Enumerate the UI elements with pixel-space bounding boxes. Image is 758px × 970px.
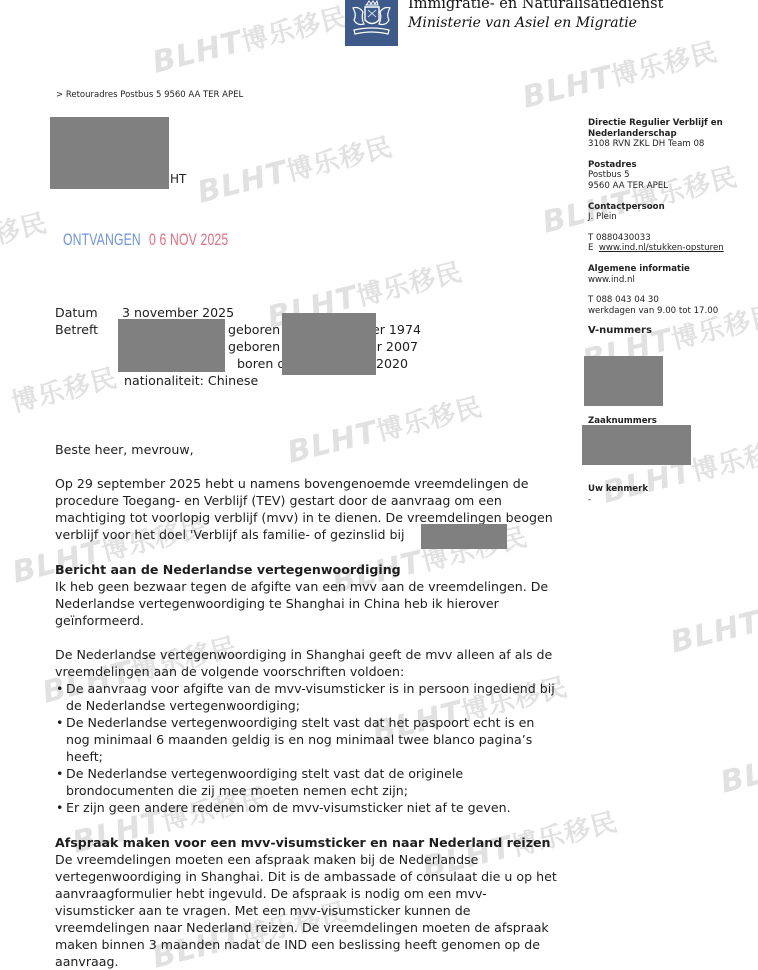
department-title: Directie Regulier Verblijf en Nederlande…	[588, 118, 753, 139]
watermark: BLHT博乐移民	[283, 386, 486, 470]
section-title: Bericht aan de Nederlandse vertegenwoord…	[55, 561, 548, 578]
general-website: www.ind.nl	[588, 275, 753, 286]
text-line: Ik heb geen bezwaar tegen de afgifte van…	[55, 578, 548, 595]
text-line: De Nederlandse vertegenwoordiging in Sha…	[55, 646, 555, 663]
postadres-title: Postadres	[588, 160, 753, 171]
department-code: 3108 RVN ZKL DH Team 08	[588, 139, 753, 150]
text-line: Op 29 september 2025 hebt u namens boven…	[55, 475, 553, 492]
general-info-title: Algemene informatie	[588, 264, 753, 275]
received-stamp-label: ONTVANGEN	[63, 230, 141, 250]
watermark: BLHT	[667, 604, 758, 660]
watermark: BLHT	[717, 744, 758, 800]
redacted-birthdates	[282, 313, 376, 375]
watermark: 博乐移民	[7, 357, 121, 419]
text-line: maken binnen 3 maanden nadat de IND een …	[55, 936, 557, 953]
organisation-name: Immigratie- en Naturalisatiedienst	[408, 0, 663, 12]
text-line: De Nederlandse vertegenwoordiging stelt …	[66, 765, 555, 782]
redacted-v-numbers	[584, 356, 663, 406]
watermark: BLHT博乐移民	[148, 0, 351, 81]
contact-name: J. Plein	[588, 212, 753, 223]
date-label: Datum	[55, 304, 98, 321]
upload-documents-link[interactable]: www.ind.nl/stukken-opsturen	[599, 243, 724, 253]
list-item: De Nederlandse vertegenwoordiging stelt …	[55, 714, 555, 765]
conditions-list: De aanvraag voor afgifte van de mvv-visu…	[55, 680, 555, 816]
redacted-names	[118, 319, 225, 372]
text-line: nog minimaal 6 maanden geldig is en nog …	[66, 731, 555, 748]
salutation: Beste heer, mevrouw,	[55, 441, 194, 458]
text-line: vertegenwoordiging in Shanghai. Dit is d…	[55, 868, 557, 885]
reference-title: Uw kenmerk	[588, 484, 753, 495]
section-embassy-notice: Bericht aan de Nederlandse vertegenwoord…	[55, 561, 548, 629]
reference-block: Uw kenmerk -	[588, 484, 753, 505]
section-appointment: Afspraak maken voor een mvv-visumsticker…	[55, 834, 557, 970]
postadres-line: 9560 AA TER APEL	[588, 181, 753, 192]
coat-of-arms-icon	[345, 0, 398, 46]
subject-line-mid: geboren	[228, 338, 280, 355]
contact-phone: T 0880430033	[588, 233, 753, 244]
text-line: Er zijn geen andere redenen om de mvv-vi…	[66, 799, 555, 816]
redacted-sponsor-name	[421, 524, 507, 549]
subject-label: Betreft	[55, 321, 98, 338]
list-item: De Nederlandse vertegenwoordiging stelt …	[55, 765, 555, 799]
contact-title: Contactpersoon	[588, 202, 753, 213]
subject-line-mid: geboren	[228, 321, 280, 338]
text-line: vreemdelingen naar Nederland reizen. De …	[55, 919, 557, 936]
recipient-address-tail: HT	[170, 172, 186, 186]
received-stamp-date: 0 6 NOV 2025	[149, 230, 228, 250]
text-line: aanvraagformulier hebt ingevuld. De afsp…	[55, 885, 557, 902]
text-line: procedure Toegang- en Verblijf (TEV) ges…	[55, 492, 553, 509]
text-line: geïnformeerd.	[55, 612, 548, 629]
return-address: > Retouradres Postbus 5 9560 AA TER APEL	[56, 90, 243, 100]
conditions-paragraph: De Nederlandse vertegenwoordiging in Sha…	[55, 646, 555, 816]
section-title: Afspraak maken voor een mvv-visumsticker…	[55, 834, 557, 851]
watermark: 博乐移民	[0, 202, 51, 264]
text-line: De vreemdelingen moeten een afspraak mak…	[55, 851, 557, 868]
text-line: Nederlandse vertegenwoordiging te Shangh…	[55, 595, 548, 612]
sender-info-column: Directie Regulier Verblijf en Nederlande…	[588, 118, 753, 337]
postadres-line: Postbus 5	[588, 170, 753, 181]
ministry-name: Ministerie van Asiel en Migratie	[408, 15, 637, 31]
office-hours: werkdagen van 9.00 tot 17.00	[588, 306, 753, 317]
redacted-case-numbers	[582, 425, 691, 465]
watermark: BLHT博乐移民	[193, 126, 396, 210]
email-prefix: E	[588, 243, 593, 253]
text-line: aanvraag.	[55, 953, 557, 970]
subject-line-tail: 2020	[376, 355, 408, 372]
list-item: Er zijn geen andere redenen om de mvv-vi…	[55, 799, 555, 816]
text-line: De aanvraag voor afgifte van de mvv-visu…	[66, 680, 555, 697]
redacted-recipient	[50, 117, 169, 189]
subject-line-tail: er 2007	[369, 338, 418, 355]
text-line: de Nederlandse vertegenwoordiging;	[66, 697, 555, 714]
text-line: brondocumenten die zij mee moeten nemen …	[66, 782, 555, 799]
text-line: heeft;	[66, 748, 555, 765]
text-line: vreemdelingen aan de volgende voorschrif…	[55, 663, 555, 680]
text-line: visumsticker aan te vragen. Met een mvv-…	[55, 902, 557, 919]
text-line: De Nederlandse vertegenwoordiging stelt …	[66, 714, 555, 731]
v-numbers-title: V-nummers	[588, 326, 753, 337]
watermark: BLHT博乐移民	[518, 31, 721, 115]
list-item: De aanvraag voor afgifte van de mvv-visu…	[55, 680, 555, 714]
nationality: nationaliteit: Chinese	[124, 372, 258, 389]
reference-value: -	[588, 495, 753, 506]
general-phone: T 088 043 04 30	[588, 295, 753, 306]
